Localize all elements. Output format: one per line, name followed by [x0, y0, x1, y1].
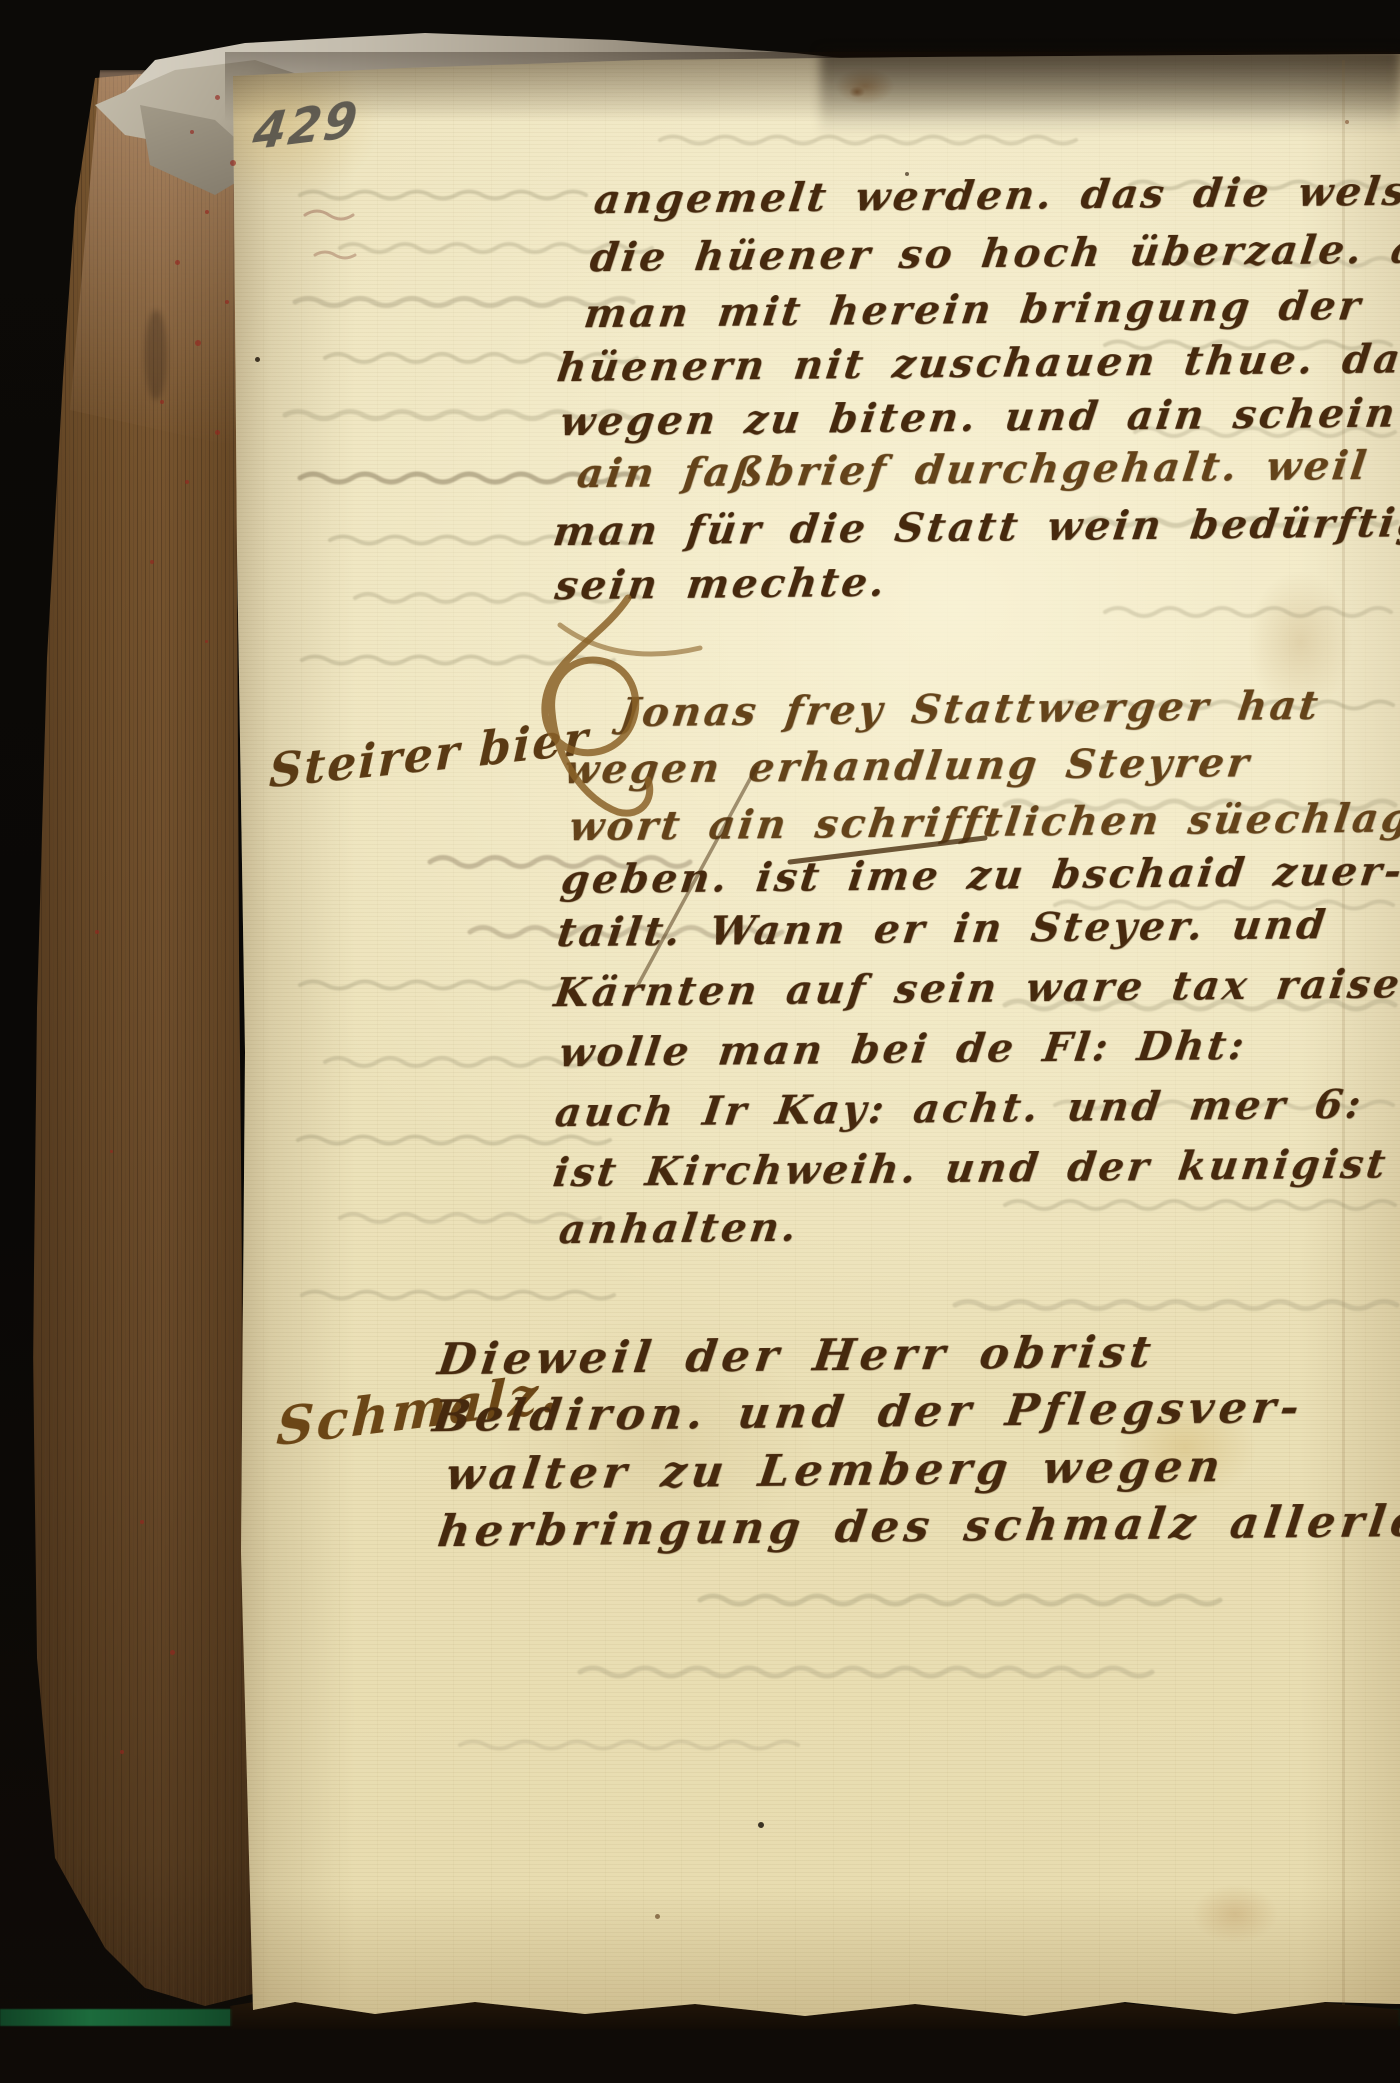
text-line: walter zu Lemberg wegen — [443, 1445, 1227, 1497]
text-line: die hüener so hoch überzale. also das — [588, 227, 1400, 278]
ink-dot — [255, 357, 260, 362]
text-line: hüenern nit zuschauen thue. dar- — [555, 339, 1400, 388]
text-line: sein mechte. — [553, 563, 890, 606]
edge-speck — [195, 340, 201, 346]
edge-speck — [170, 1650, 175, 1655]
edge-speck — [110, 1150, 113, 1153]
text-line: Kärnten auf sein ware tax raisen, — [552, 964, 1400, 1013]
text-line: man für die Statt wein bedürftig — [551, 503, 1400, 552]
text-line: auch Ir Kay: acht. und mer 6: — [553, 1085, 1366, 1133]
edge-speck — [185, 480, 189, 484]
edge-speck — [140, 1520, 144, 1524]
edge-speck — [225, 300, 229, 304]
text-line: ist Kirchweih. und der kunigist — [551, 1144, 1391, 1193]
ink-dot — [758, 1822, 764, 1828]
text-line: ain faßbrief durchgehalt. weil — [575, 446, 1372, 494]
text-line: Dieweil der Herr obrist — [435, 1331, 1158, 1382]
text-line: wegen erhandlung Steyrer — [562, 743, 1254, 790]
text-line: wolle man bei de Fl: Dht: — [557, 1026, 1249, 1073]
edge-speck — [160, 400, 164, 404]
text-line: Beldiron. und der Pflegsver- — [430, 1386, 1306, 1439]
edge-speck — [95, 930, 99, 934]
edge-speck — [120, 1750, 124, 1754]
edge-speck — [205, 640, 208, 643]
text-line: wort ain schrifftlichen süechlag — [567, 798, 1400, 847]
text-line: Jonas frey Stattwerger hat — [618, 686, 1323, 733]
edge-speck — [230, 160, 236, 166]
text-line: herbringung des schmalz allerley — [435, 1499, 1400, 1554]
text-line: wegen zu biten. und ain schein umb — [558, 392, 1400, 442]
edge-speck — [215, 95, 220, 100]
fore-edge-dark-patch — [145, 310, 167, 400]
page-top-right-shadow — [820, 50, 1400, 135]
ink-dot — [1345, 120, 1349, 124]
ink-dot — [655, 1914, 660, 1919]
edge-speck — [175, 260, 180, 265]
ink-dot — [905, 172, 909, 176]
text-line: geben. ist ime zu bschaid zuer- — [559, 851, 1400, 900]
manuscript-photo: 429 Steirer bier Schmalz. angemelt werde… — [0, 0, 1400, 2083]
edge-speck — [205, 210, 209, 214]
text-line: man mit herein bringung der — [582, 286, 1366, 334]
text-line: angemelt werden. das die welschen — [592, 170, 1400, 220]
text-line: tailt. Wann er in Steyer. und — [555, 905, 1330, 953]
text-line: anhalten. — [557, 1207, 802, 1250]
edge-speck — [150, 560, 154, 564]
edge-speck — [215, 430, 220, 435]
edge-speck — [190, 130, 194, 134]
